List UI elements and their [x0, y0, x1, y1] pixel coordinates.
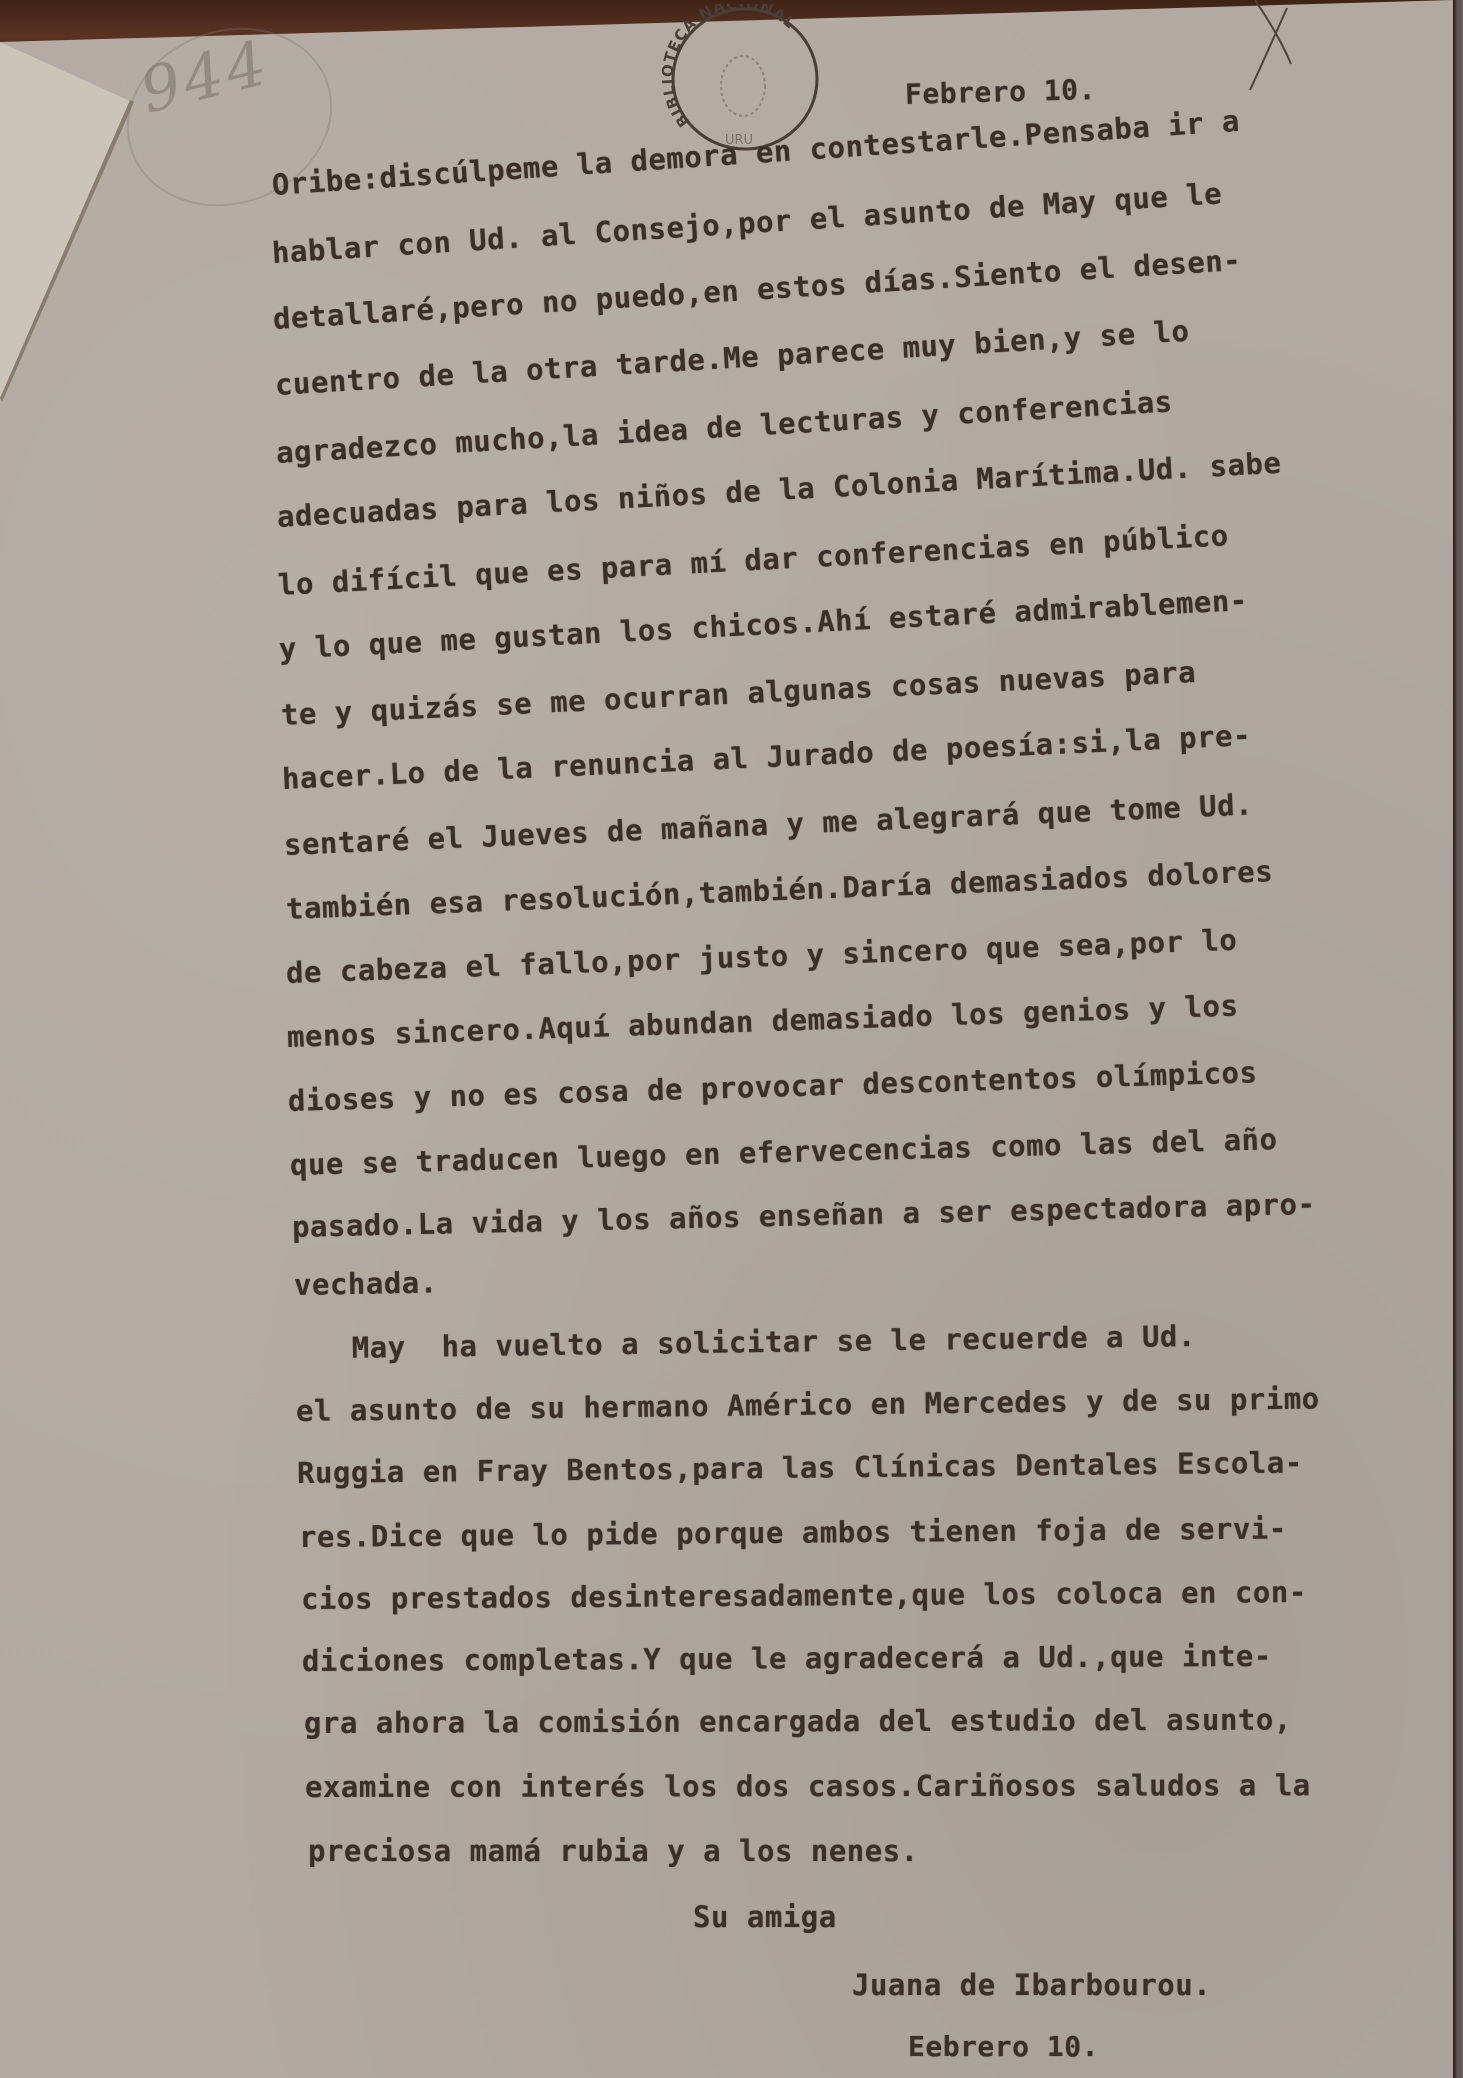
body-line: vechada. — [294, 1265, 438, 1302]
signature: Juana de Ibarbourou. — [852, 1968, 1211, 2002]
body-line: pasado.La vida y los años enseñan a ser … — [292, 1187, 1316, 1244]
body-line: res.Dice que lo pide porque ambos tienen… — [299, 1511, 1287, 1554]
body-line: el asunto de su hermano Américo en Merce… — [296, 1381, 1320, 1428]
body-line: Ruggia en Fray Bentos,para las Clínicas … — [297, 1445, 1303, 1490]
body-line: también esa resolución,también.Daría dem… — [285, 854, 1273, 926]
body-line: de cabeza el fallo,por justo y sincero q… — [285, 923, 1237, 990]
letter-text: Febrero 10. Oribe:discúlpeme la demora e… — [0, 0, 1463, 2078]
body-line: gra ahora la comisión encargada del estu… — [304, 1703, 1292, 1740]
body-line: preciosa mamá rubia y a los nenes. — [308, 1834, 919, 1868]
body-line: cios prestados desinteresadamente,que lo… — [301, 1575, 1307, 1616]
body-line: y lo que me gustan los chicos.Ahí estaré… — [278, 583, 1248, 666]
closing: Su amiga — [693, 1900, 837, 1934]
body-line: menos sincero.Aquí abundan demasiado los… — [286, 988, 1238, 1054]
body-line: dioses y no es cosa de provocar desconte… — [287, 1055, 1257, 1118]
body-line: sentaré el Jueves de mañana y me alegrar… — [283, 787, 1253, 862]
body-line: diciones completas.Y que le agradecerá a… — [302, 1639, 1272, 1678]
body-line: lo difícil que es para mí dar conferenci… — [277, 518, 1229, 602]
body-line: agradezco mucho,la idea de lecturas y co… — [275, 384, 1173, 470]
body-line: examine con interés los dos casos.Cariño… — [305, 1768, 1311, 1804]
date-footer: Eebrero 10. — [908, 2030, 1099, 2063]
body-line: que se traducen luego en efervecencias c… — [290, 1122, 1278, 1182]
date-header: Febrero 10. — [905, 73, 1097, 111]
body-line: hacer.Lo de la renuncia al Jurado de poe… — [281, 718, 1251, 796]
body-line: te y quizás se me ocurran algunas cosas … — [280, 655, 1197, 732]
body-line: May ha vuelto a solicitar se le recuerde… — [262, 1319, 1196, 1366]
